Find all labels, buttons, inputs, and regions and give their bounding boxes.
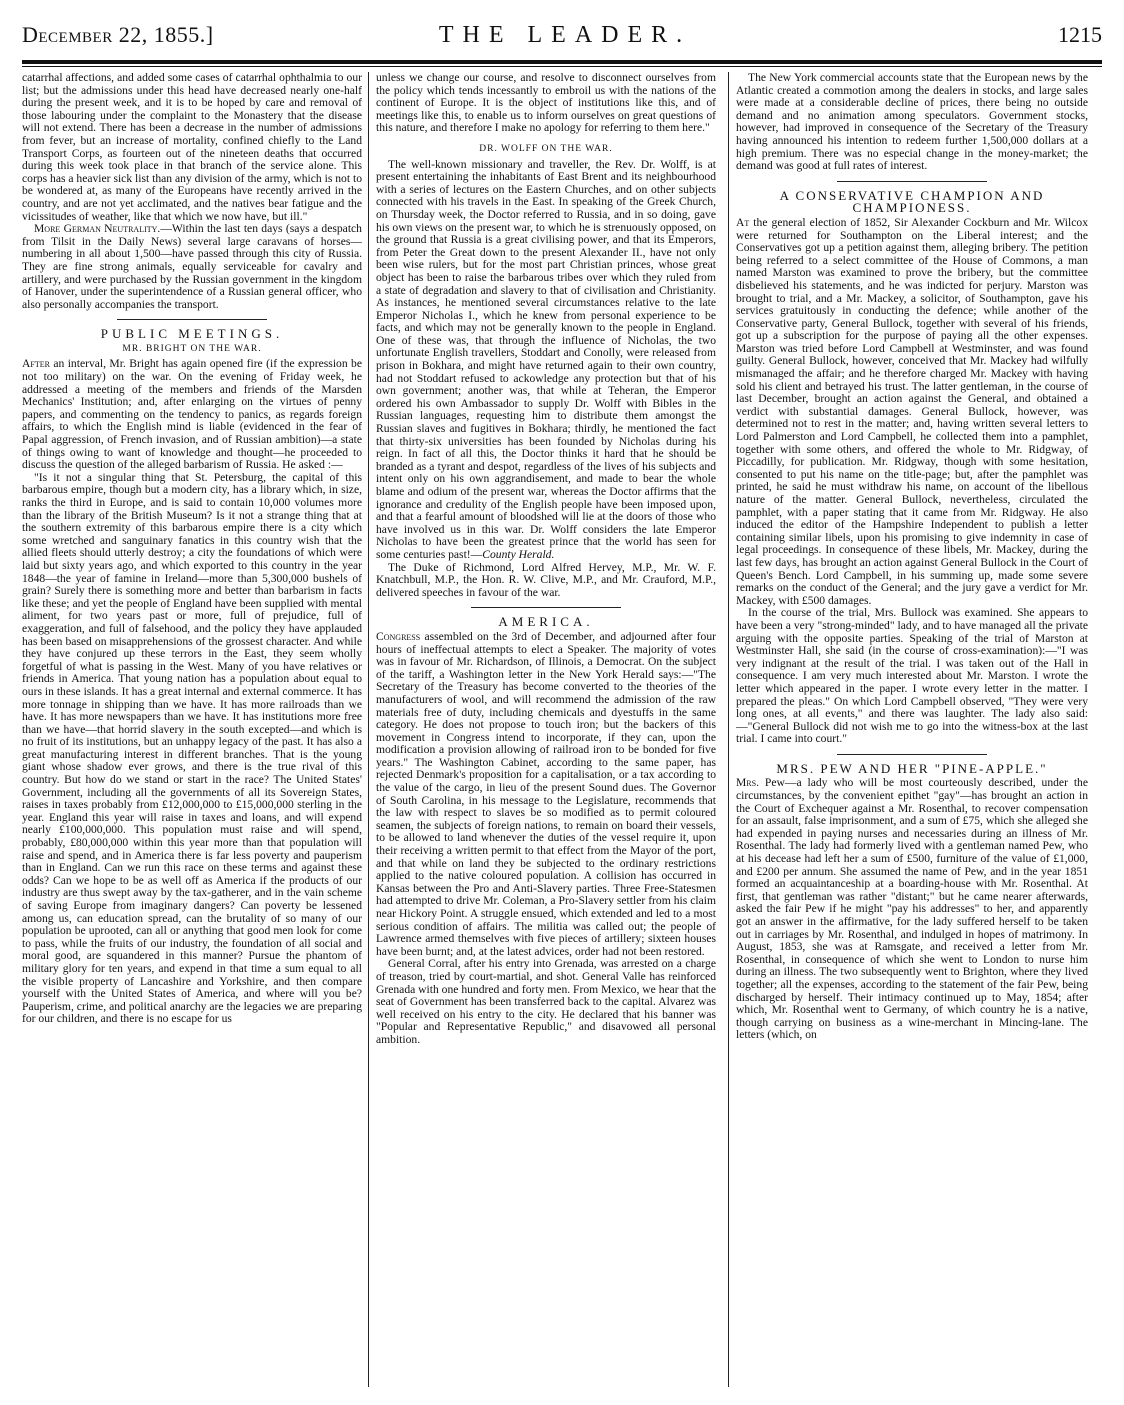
- speech-quotation: "Is it not a singular thing that St. Pet…: [22, 472, 362, 1026]
- section-divider: [837, 181, 987, 182]
- article-paragraph: At the general election of 1852, Sir Ale…: [736, 217, 1088, 607]
- section-heading: A CONSERVATIVE CHAMPION AND CHAMPIONESS.: [736, 190, 1088, 215]
- run-in-head: More German Neutrality.: [34, 222, 160, 235]
- column-divider: [728, 72, 729, 1387]
- masthead-rule-thin: [22, 66, 1102, 67]
- article-paragraph: In the course of the trial, Mrs. Bullock…: [736, 607, 1088, 746]
- newspaper-title: THE LEADER.: [400, 22, 730, 49]
- article-paragraph: After an interval, Mr. Bright has again …: [22, 358, 362, 471]
- article-paragraph: Congress assembled on the 3rd of Decembe…: [376, 631, 716, 958]
- section-divider: [117, 319, 267, 320]
- masthead: December 22, 1855.] THE LEADER. 1215: [0, 22, 1124, 62]
- section-heading: AMERICA.: [376, 616, 716, 629]
- article-paragraph: unless we change our course, and resolve…: [376, 72, 716, 135]
- article-paragraph: General Corral, after his entry into Gre…: [376, 958, 716, 1046]
- article-subheading: DR. WOLFF ON THE WAR.: [376, 143, 716, 156]
- article-paragraph: The Duke of Richmond, Lord Alfred Hervey…: [376, 562, 716, 600]
- article-paragraph: The New York commercial accounts state t…: [736, 72, 1088, 173]
- issue-date: December 22, 1855.]: [22, 22, 214, 48]
- column-divider: [368, 72, 369, 1387]
- article-paragraph: The well-known missionary and traveller,…: [376, 159, 716, 562]
- article-paragraph: More German Neutrality.—Within the last …: [22, 223, 362, 311]
- article-paragraph: catarrhal affections, and added some cas…: [22, 72, 362, 223]
- section-heading: PUBLIC MEETINGS.: [22, 328, 362, 341]
- column-2: unless we change our course, and resolve…: [376, 72, 716, 1392]
- section-divider: [837, 754, 987, 755]
- masthead-rule: [22, 60, 1102, 64]
- drop-lead: After: [22, 357, 50, 370]
- section-divider: [471, 607, 621, 608]
- page-number: 1215: [1058, 22, 1102, 48]
- column-3: The New York commercial accounts state t…: [736, 72, 1088, 1392]
- section-heading: MRS. PEW AND HER "PINE-APPLE.": [736, 763, 1088, 776]
- drop-lead: Congress: [376, 630, 420, 643]
- drop-lead: Mrs.: [736, 776, 759, 789]
- article-paragraph: Mrs. Pew—a lady who will be most courteo…: [736, 777, 1088, 1041]
- column-1: catarrhal affections, and added some cas…: [22, 72, 362, 1392]
- drop-lead: At: [736, 216, 749, 229]
- article-subheading: MR. BRIGHT ON THE WAR.: [22, 343, 362, 356]
- source-citation: County Herald.: [482, 548, 554, 561]
